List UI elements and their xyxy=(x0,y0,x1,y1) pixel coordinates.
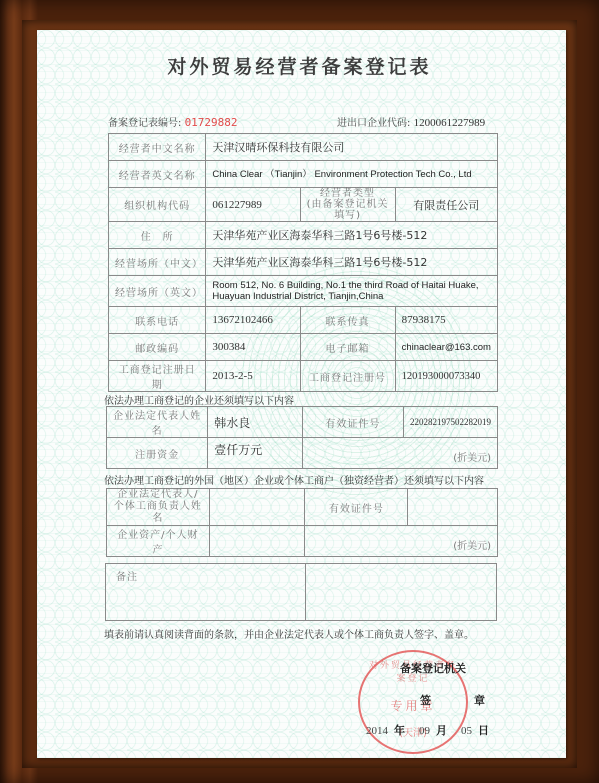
fax-label: 联系传真 xyxy=(300,307,395,334)
org-code: 061227989 xyxy=(206,188,300,222)
chinese-name: 天津汉晴环保科技有限公司 xyxy=(206,134,498,161)
enterprise-section-heading: 依法办理工商登记的企业还须填写以下内容 xyxy=(104,392,294,407)
table-row: 工商登记注册日期 2013-2-5 工商登记注册号 12019300007334… xyxy=(109,361,498,392)
table-row: 邮政编码 300384 电子邮箱 chinaclear@163.com xyxy=(109,334,498,361)
rep-name-label: 企业法定代表人姓名 xyxy=(107,407,208,438)
capital-usd-note: (折美元) xyxy=(302,438,497,469)
operator-type: 有限责任公司 xyxy=(395,188,497,222)
operator-type-label-line2: (由备案登记机关填写) xyxy=(307,199,389,221)
premises-en-label: 经营场所（英文） xyxy=(109,276,206,307)
assets-label: 企业资产/个人财产 xyxy=(107,526,210,557)
issue-date: 2014年09月05日 xyxy=(366,722,503,738)
email: chinaclear@163.com xyxy=(395,334,497,361)
remarks-table: 备注 xyxy=(105,563,497,621)
table-row: 组织机构代码 061227989 经营者类型 (由备案登记机关填写) 有限责任公… xyxy=(109,188,498,222)
serial-label: 备案登记表编号: xyxy=(108,118,181,129)
table-row: 企业法定代表人姓名 韩水良 有效证件号 220282197502282019 xyxy=(107,407,498,438)
issue-year: 2014 xyxy=(366,725,388,737)
premises-cn: 天津华苑产业区海泰华科三路1号6号楼-512 xyxy=(206,249,498,276)
english-name-label: 经营者英文名称 xyxy=(109,161,206,188)
rep-name: 韩水良 xyxy=(208,407,302,438)
postcode: 300384 xyxy=(206,334,300,361)
english-name: China Clear （Tianjin） Environment Protec… xyxy=(206,161,498,188)
postcode-label: 邮政编码 xyxy=(109,334,206,361)
fax: 87938175 xyxy=(395,307,497,334)
table-row: 联系电话 13672102466 联系传真 87938175 xyxy=(109,307,498,334)
premises-en-line1: Room 512, No. 6 Building, No.1 the third… xyxy=(212,280,491,291)
operator-type-label: 经营者类型 (由备案登记机关填写) xyxy=(300,188,395,222)
premises-en-line2: Huayuan Industrial District, Tianjin,Chi… xyxy=(212,291,491,302)
assets-usd-note: (折美元) xyxy=(305,526,498,557)
table-row: 住 所 天津华苑产业区海泰华科三路1号6号楼-512 xyxy=(109,222,498,249)
month-unit: 月 xyxy=(436,724,447,737)
table-row: 经营者英文名称 China Clear （Tianjin） Environmen… xyxy=(109,161,498,188)
year-unit: 年 xyxy=(394,724,405,737)
enterprise-table: 企业法定代表人姓名 韩水良 有效证件号 220282197502282019 注… xyxy=(106,406,498,469)
table-row: 经营者中文名称 天津汉晴环保科技有限公司 xyxy=(109,134,498,161)
registration-authority: 备案登记机关 xyxy=(400,660,466,676)
foreign-rep-label: 企业法定代表人/ 个体工商负责人姓名 xyxy=(107,489,210,526)
chinese-name-label: 经营者中文名称 xyxy=(109,134,206,161)
foreign-section-heading: 依法办理工商登记的外国（地区）企业或个体工商户（独资经营者）还须填写以下内容 xyxy=(104,472,484,487)
serial-number-row: 备案登记表编号: 01729882 xyxy=(108,114,238,129)
capital: 壹仟万元 xyxy=(208,438,302,469)
table-row: 注册资金 壹仟万元 (折美元) xyxy=(107,438,498,469)
assets xyxy=(209,526,305,557)
import-export-code-label: 进出口企业代码: xyxy=(337,118,410,129)
id-label: 有效证件号 xyxy=(302,407,403,438)
foreign-id-number xyxy=(408,489,498,526)
import-export-code: 1200061227989 xyxy=(414,117,486,129)
reg-date-label: 工商登记注册日期 xyxy=(109,361,206,392)
basic-info-table: 经营者中文名称 天津汉晴环保科技有限公司 经营者英文名称 China Clear… xyxy=(108,133,498,392)
table-row: 备注 xyxy=(106,564,497,621)
phone-label: 联系电话 xyxy=(109,307,206,334)
remarks-value xyxy=(305,564,497,621)
reg-date: 2013-2-5 xyxy=(206,361,300,392)
table-row: 企业法定代表人/ 个体工商负责人姓名 有效证件号 xyxy=(107,489,498,526)
email-label: 电子邮箱 xyxy=(300,334,395,361)
import-export-code-row: 进出口企业代码: 1200061227989 xyxy=(337,114,485,129)
org-code-label: 组织机构代码 xyxy=(109,188,206,222)
premises-cn-label: 经营场所（中文） xyxy=(109,249,206,276)
foreign-id-label: 有效证件号 xyxy=(305,489,408,526)
capital-label: 注册资金 xyxy=(107,438,208,469)
table-row: 企业资产/个人财产 (折美元) xyxy=(107,526,498,557)
issue-month: 09 xyxy=(419,725,430,737)
day-unit: 日 xyxy=(478,724,489,737)
table-row: 经营场所（英文） Room 512, No. 6 Building, No.1 … xyxy=(109,276,498,307)
foreign-rep-label-line2: 个体工商负责人姓名 xyxy=(113,501,203,525)
table-row: 经营场所（中文） 天津华苑产业区海泰华科三路1号6号楼-512 xyxy=(109,249,498,276)
premises-en: Room 512, No. 6 Building, No.1 the third… xyxy=(206,276,498,307)
reg-no-label: 工商登记注册号 xyxy=(300,361,395,392)
reg-no: 120193000073340 xyxy=(395,361,497,392)
remarks-label: 备注 xyxy=(106,564,306,621)
foreign-rep-name xyxy=(209,489,305,526)
domicile-label: 住 所 xyxy=(109,222,206,249)
domicile: 天津华苑产业区海泰华科三路1号6号楼-512 xyxy=(206,222,498,249)
serial-number: 01729882 xyxy=(185,116,238,129)
id-number: 220282197502282019 xyxy=(403,407,497,438)
footnote: 填表前请认真阅读背面的条款，并由企业法定代表人或个体工商负责人签字、盖章。 xyxy=(104,626,474,641)
seal-label: 签 章 xyxy=(420,692,501,708)
foreign-table: 企业法定代表人/ 个体工商负责人姓名 有效证件号 企业资产/个人财产 (折美元) xyxy=(106,488,498,557)
document-title: 对外贸易经营者备案登记表 xyxy=(0,52,599,79)
operator-type-label-line1: 经营者类型 xyxy=(307,188,389,199)
foreign-rep-label-line1: 企业法定代表人/ xyxy=(113,489,203,501)
issue-day: 05 xyxy=(461,725,472,737)
phone: 13672102466 xyxy=(206,307,300,334)
